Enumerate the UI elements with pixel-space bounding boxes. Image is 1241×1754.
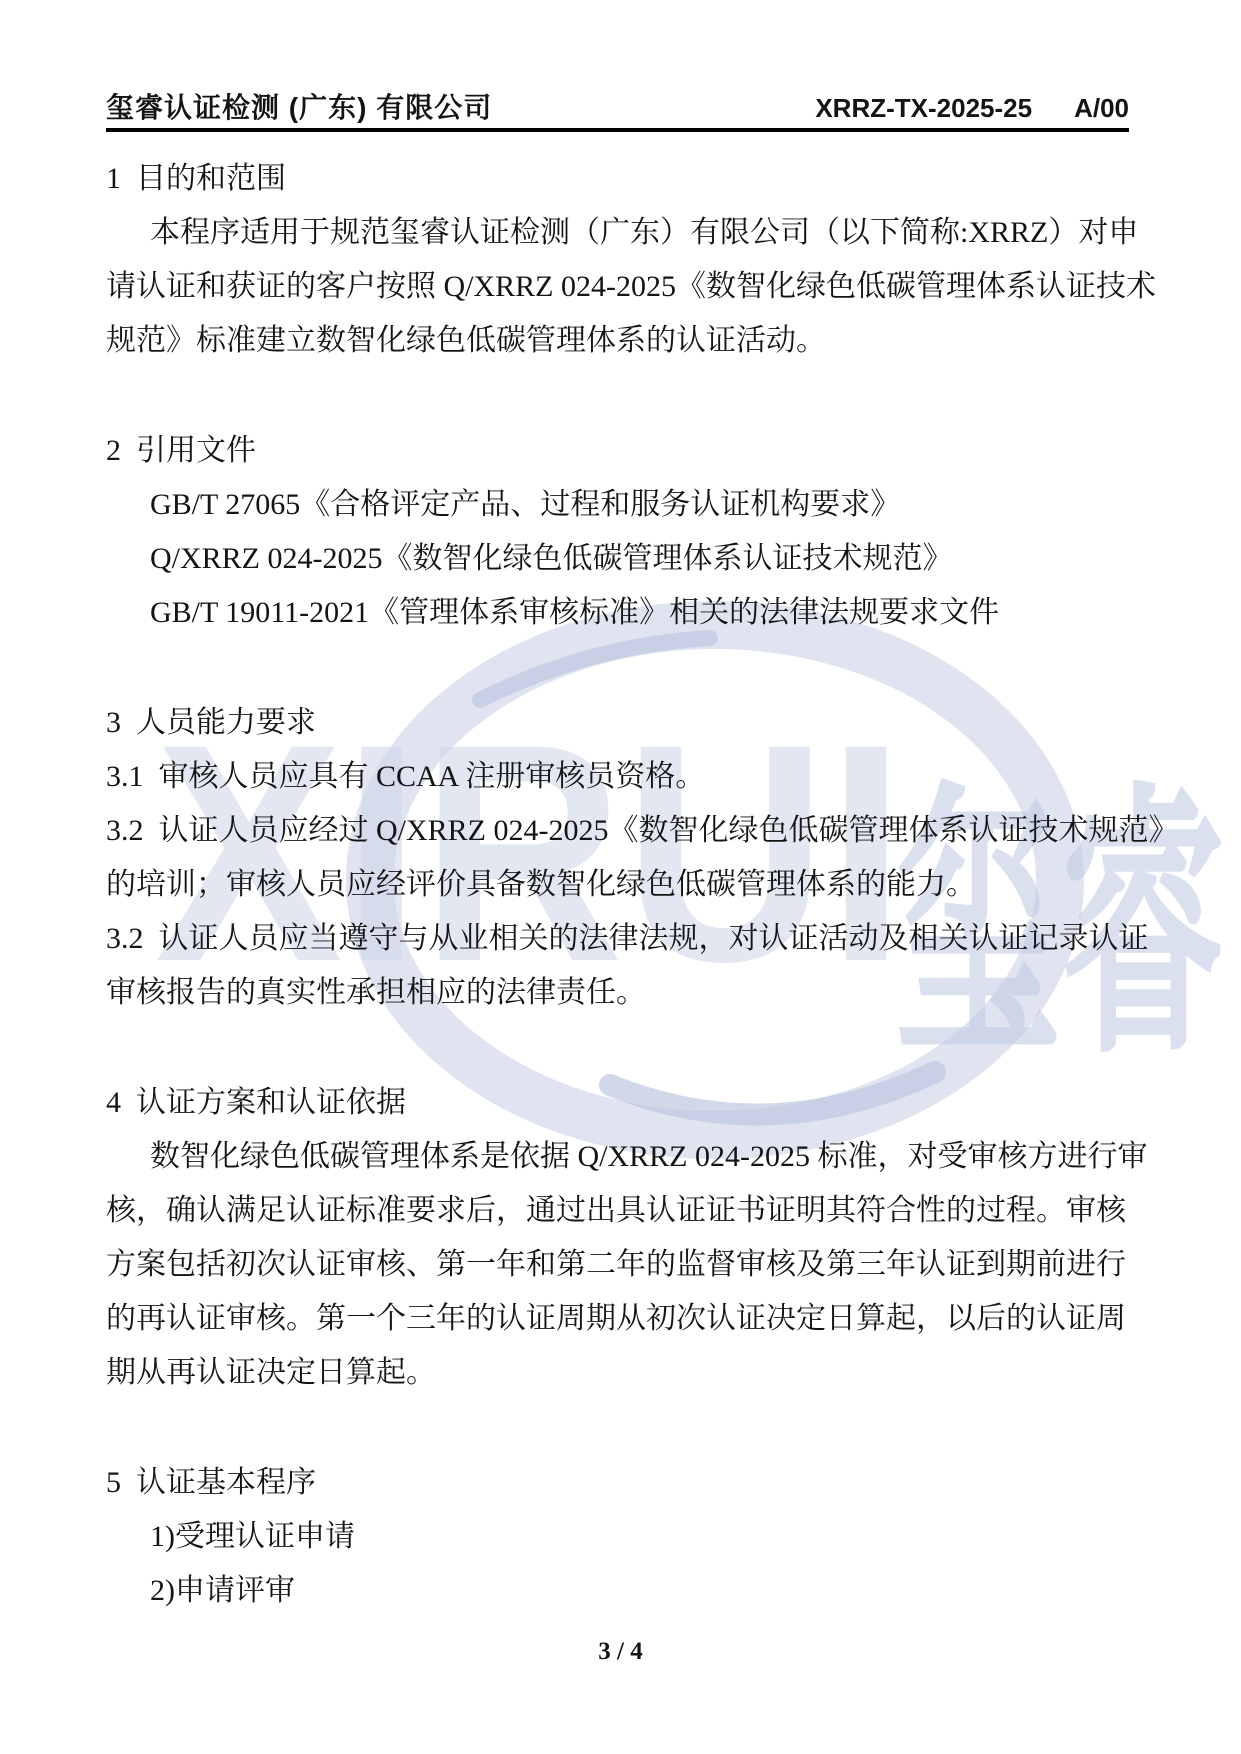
body-line: 的再认证审核。第一个三年的认证周期从初次认证决定日算起，以后的认证周 xyxy=(106,1288,1146,1342)
section-4-certification-scheme: 4 认证方案和认证依据 数智化绿色低碳管理体系是依据 Q/XRRZ 024-20… xyxy=(106,1072,1146,1396)
body-line: 数智化绿色低碳管理体系是依据 Q/XRRZ 024-2025 标准，对受审核方进… xyxy=(106,1126,1146,1180)
section-1-purpose-scope: 1 目的和范围 本程序适用于规范玺睿认证检测（广东）有限公司（以下简称:XRRZ… xyxy=(106,148,1146,364)
section-heading: 3 人员能力要求 xyxy=(106,692,1146,746)
page-header: 玺睿认证检测 (广东) 有限公司 XRRZ-TX-2025-25 A/00 xyxy=(106,86,1129,126)
body-line: 本程序适用于规范玺睿认证检测（广东）有限公司（以下简称:XRRZ）对申 xyxy=(106,202,1146,256)
body-line: 3.2 认证人员应当遵守与从业相关的法律法规，对认证活动及相关认证记录认证 xyxy=(106,908,1146,962)
document-page: XIRUI 玺睿 玺睿认证检测 (广东) 有限公司 XRRZ-TX-2025-2… xyxy=(0,0,1241,1754)
body-line: 方案包括初次认证审核、第一年和第二年的监督审核及第三年认证到期前进行 xyxy=(106,1234,1146,1288)
body-line: 审核报告的真实性承担相应的法律责任。 xyxy=(106,962,1146,1016)
section-heading: 5 认证基本程序 xyxy=(106,1452,1146,1506)
document-version: A/00 xyxy=(1074,93,1129,124)
section-5-basic-procedure: 5 认证基本程序 1)受理认证申请 2)申请评审 xyxy=(106,1452,1146,1614)
body-line: GB/T 27065《合格评定产品、过程和服务认证机构要求》 xyxy=(106,474,1146,528)
body-line: 的培训；审核人员应经评价具备数智化绿色低碳管理体系的能力。 xyxy=(106,854,1146,908)
header-divider xyxy=(106,128,1129,132)
page-number: 3 / 4 xyxy=(0,1638,1241,1666)
body-line: GB/T 19011-2021《管理体系审核标准》相关的法律法规要求文件 xyxy=(106,582,1146,636)
section-2-references: 2 引用文件 GB/T 27065《合格评定产品、过程和服务认证机构要求》 Q/… xyxy=(106,420,1146,636)
body-line: 核，确认满足认证标准要求后，通过出具认证证书证明其符合性的过程。审核 xyxy=(106,1180,1146,1234)
section-heading: 2 引用文件 xyxy=(106,420,1146,474)
body-line: 2)申请评审 xyxy=(106,1560,1146,1614)
body-line: 3.1 审核人员应具有 CCAA 注册审核员资格。 xyxy=(106,746,1146,800)
company-name: 玺睿认证检测 (广东) 有限公司 xyxy=(106,86,492,126)
body-line: Q/XRRZ 024-2025《数智化绿色低碳管理体系认证技术规范》 xyxy=(106,528,1146,582)
document-code: XRRZ-TX-2025-25 xyxy=(815,93,1032,124)
section-3-personnel-competence: 3 人员能力要求 3.1 审核人员应具有 CCAA 注册审核员资格。 3.2 认… xyxy=(106,692,1146,1016)
body-line: 3.2 认证人员应经过 Q/XRRZ 024-2025《数智化绿色低碳管理体系认… xyxy=(106,800,1146,854)
document-identifiers: XRRZ-TX-2025-25 A/00 xyxy=(815,93,1129,124)
body-line: 1)受理认证申请 xyxy=(106,1506,1146,1560)
section-heading: 1 目的和范围 xyxy=(106,148,1146,202)
body-line: 规范》标准建立数智化绿色低碳管理体系的认证活动。 xyxy=(106,310,1146,364)
body-line: 请认证和获证的客户按照 Q/XRRZ 024-2025《数智化绿色低碳管理体系认… xyxy=(106,256,1146,310)
body-line: 期从再认证决定日算起。 xyxy=(106,1342,1146,1396)
document-body: 1 目的和范围 本程序适用于规范玺睿认证检测（广东）有限公司（以下简称:XRRZ… xyxy=(106,148,1146,1614)
section-heading: 4 认证方案和认证依据 xyxy=(106,1072,1146,1126)
